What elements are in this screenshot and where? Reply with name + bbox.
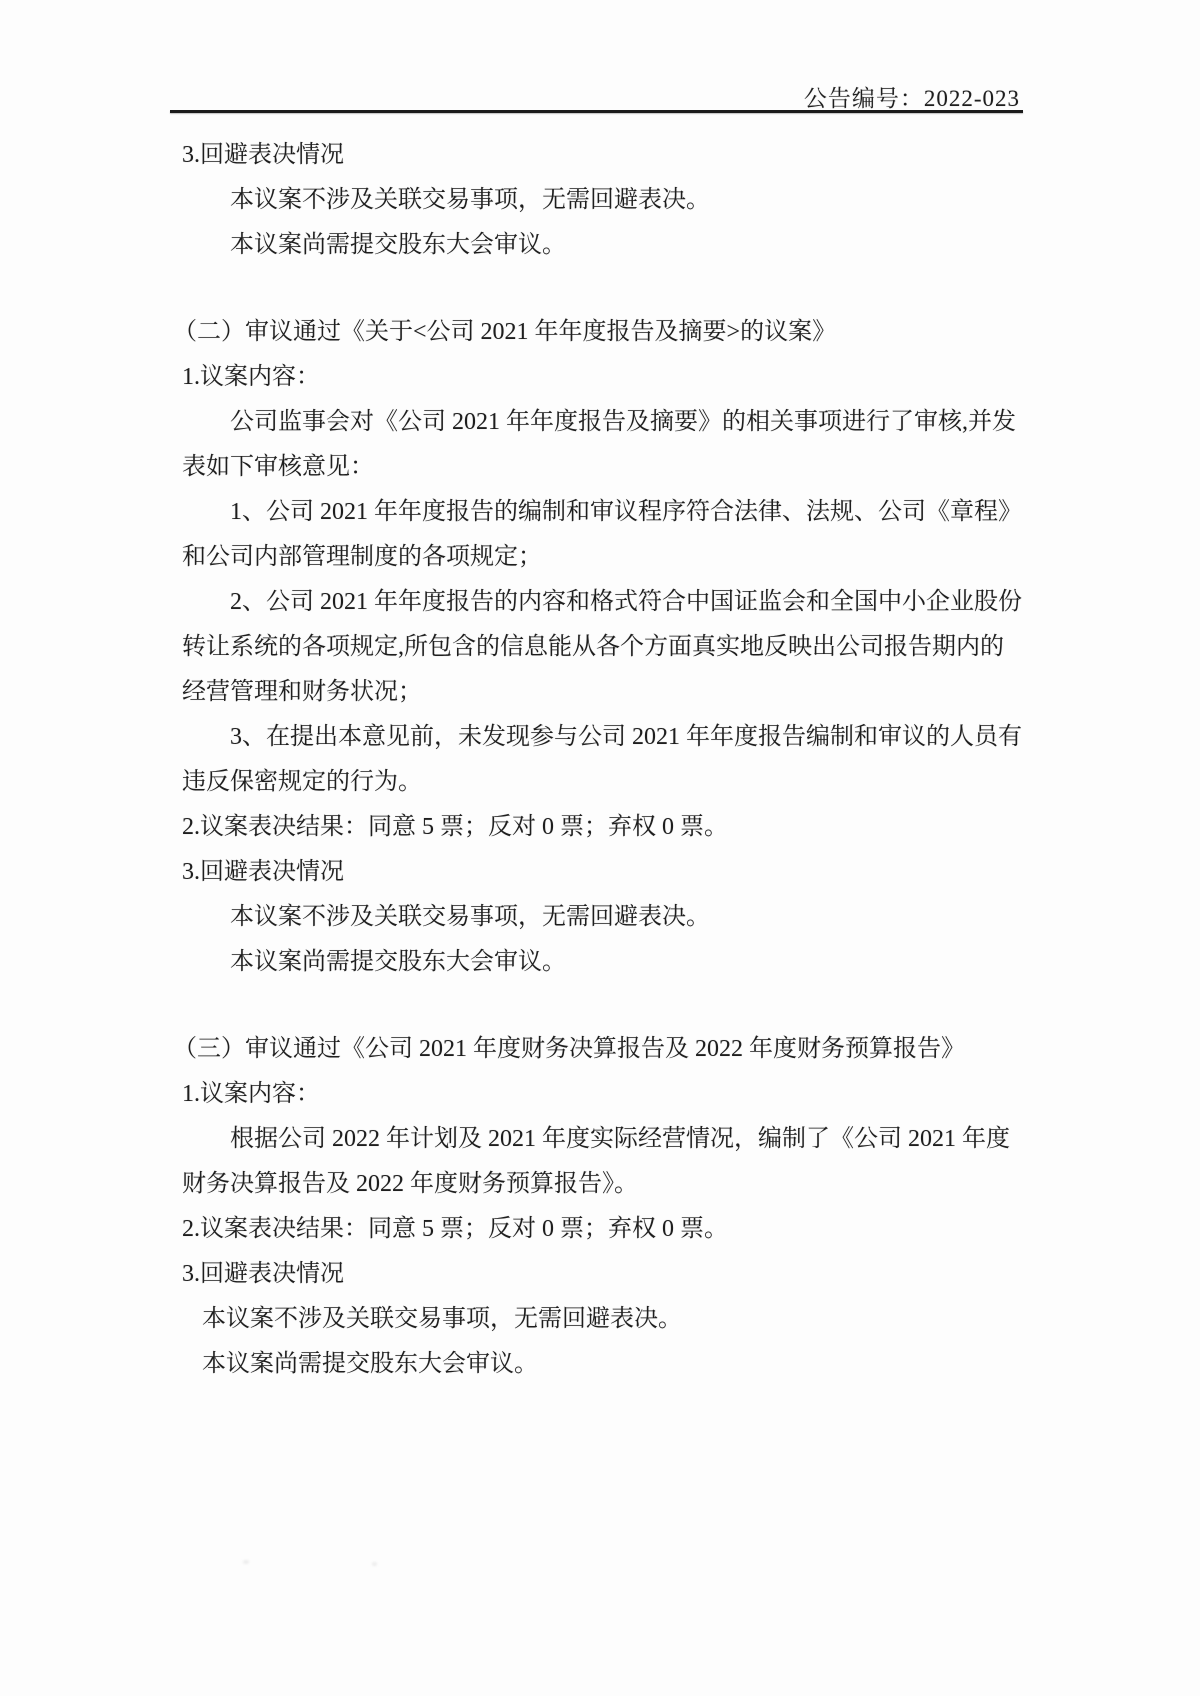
paragraph-line: 1.议案内容： (182, 355, 1042, 400)
paragraph-line: 公司监事会对《公司 2021 年年度报告及摘要》的相关事项进行了审核,并发 (182, 400, 1042, 445)
section-heading: （二）审议通过《关于<公司 2021 年年度报告及摘要>的议案》 (173, 310, 1042, 355)
section-heading: （三）审议通过《公司 2021 年度财务决算报告及 2022 年度财务预算报告》 (173, 1027, 1042, 1072)
paragraph-line: 1.议案内容： (182, 1072, 1042, 1117)
paragraph-line: 本议案不涉及关联交易事项，无需回避表决。 (182, 178, 1042, 223)
paragraph-line: 本议案不涉及关联交易事项，无需回避表决。 (182, 1297, 1042, 1342)
paragraph-line: 根据公司 2022 年计划及 2021 年度实际经营情况，编制了《公司 2021… (182, 1117, 1042, 1162)
paragraph-line: 本议案不涉及关联交易事项，无需回避表决。 (182, 895, 1042, 940)
doc-number: 公告编号：2022-023 (804, 80, 1020, 113)
paragraph-line: 转让系统的各项规定,所包含的信息能从各个方面真实地反映出公司报告期内的 (182, 625, 1042, 670)
paragraph-line: 财务决算报告及 2022 年度财务预算报告》。 (182, 1162, 1042, 1207)
paragraph-line: 2.议案表决结果：同意 5 票；反对 0 票；弃权 0 票。 (182, 1207, 1042, 1252)
paragraph-line: 2、公司 2021 年年度报告的内容和格式符合中国证监会和全国中小企业股份 (182, 580, 1042, 625)
paragraph-line: 违反保密规定的行为。 (182, 760, 1042, 805)
paragraph-line: 1、公司 2021 年年度报告的编制和审议程序符合法律、法规、公司《章程》 (182, 490, 1042, 535)
paragraph-line: 3.回避表决情况 (182, 850, 1042, 895)
paragraph-line: 2.议案表决结果：同意 5 票；反对 0 票；弃权 0 票。 (182, 805, 1042, 850)
paragraph-line: 本议案尚需提交股东大会审议。 (182, 223, 1042, 268)
paragraph-line: 本议案尚需提交股东大会审议。 (182, 940, 1042, 985)
paragraph-line: 经营管理和财务状况； (182, 670, 1042, 715)
paragraph-line: 3、在提出本意见前，未发现参与公司 2021 年年度报告编制和审议的人员有 (182, 715, 1042, 760)
paragraph-line: 本议案尚需提交股东大会审议。 (182, 1342, 1042, 1387)
scan-artifact (243, 1560, 249, 1564)
header-rule (170, 110, 1023, 113)
scan-artifact (372, 1562, 377, 1566)
document-page: 公告编号：2022-023 3.回避表决情况本议案不涉及关联交易事项，无需回避表… (0, 0, 1200, 1696)
paragraph-line: 和公司内部管理制度的各项规定； (182, 535, 1042, 580)
paragraph-line: 3.回避表决情况 (182, 133, 1042, 178)
paragraph-line: 表如下审核意见： (182, 445, 1042, 490)
paragraph-line: 3.回避表决情况 (182, 1252, 1042, 1297)
document-body: 3.回避表决情况本议案不涉及关联交易事项，无需回避表决。本议案尚需提交股东大会审… (182, 133, 1042, 1387)
